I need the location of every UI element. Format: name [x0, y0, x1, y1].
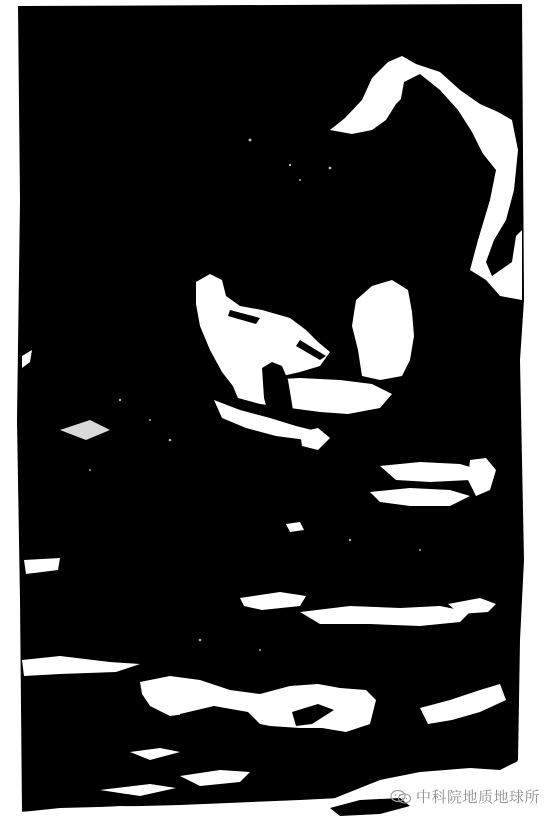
watermark-text: 中科院地质地球所 — [416, 786, 540, 807]
landscape-svg — [0, 0, 548, 819]
water-band-2 — [300, 606, 470, 626]
ink-landscape-artwork — [0, 0, 548, 819]
wechat-logo-icon — [390, 789, 412, 805]
watermark: 中科院地质地球所 — [390, 786, 540, 807]
